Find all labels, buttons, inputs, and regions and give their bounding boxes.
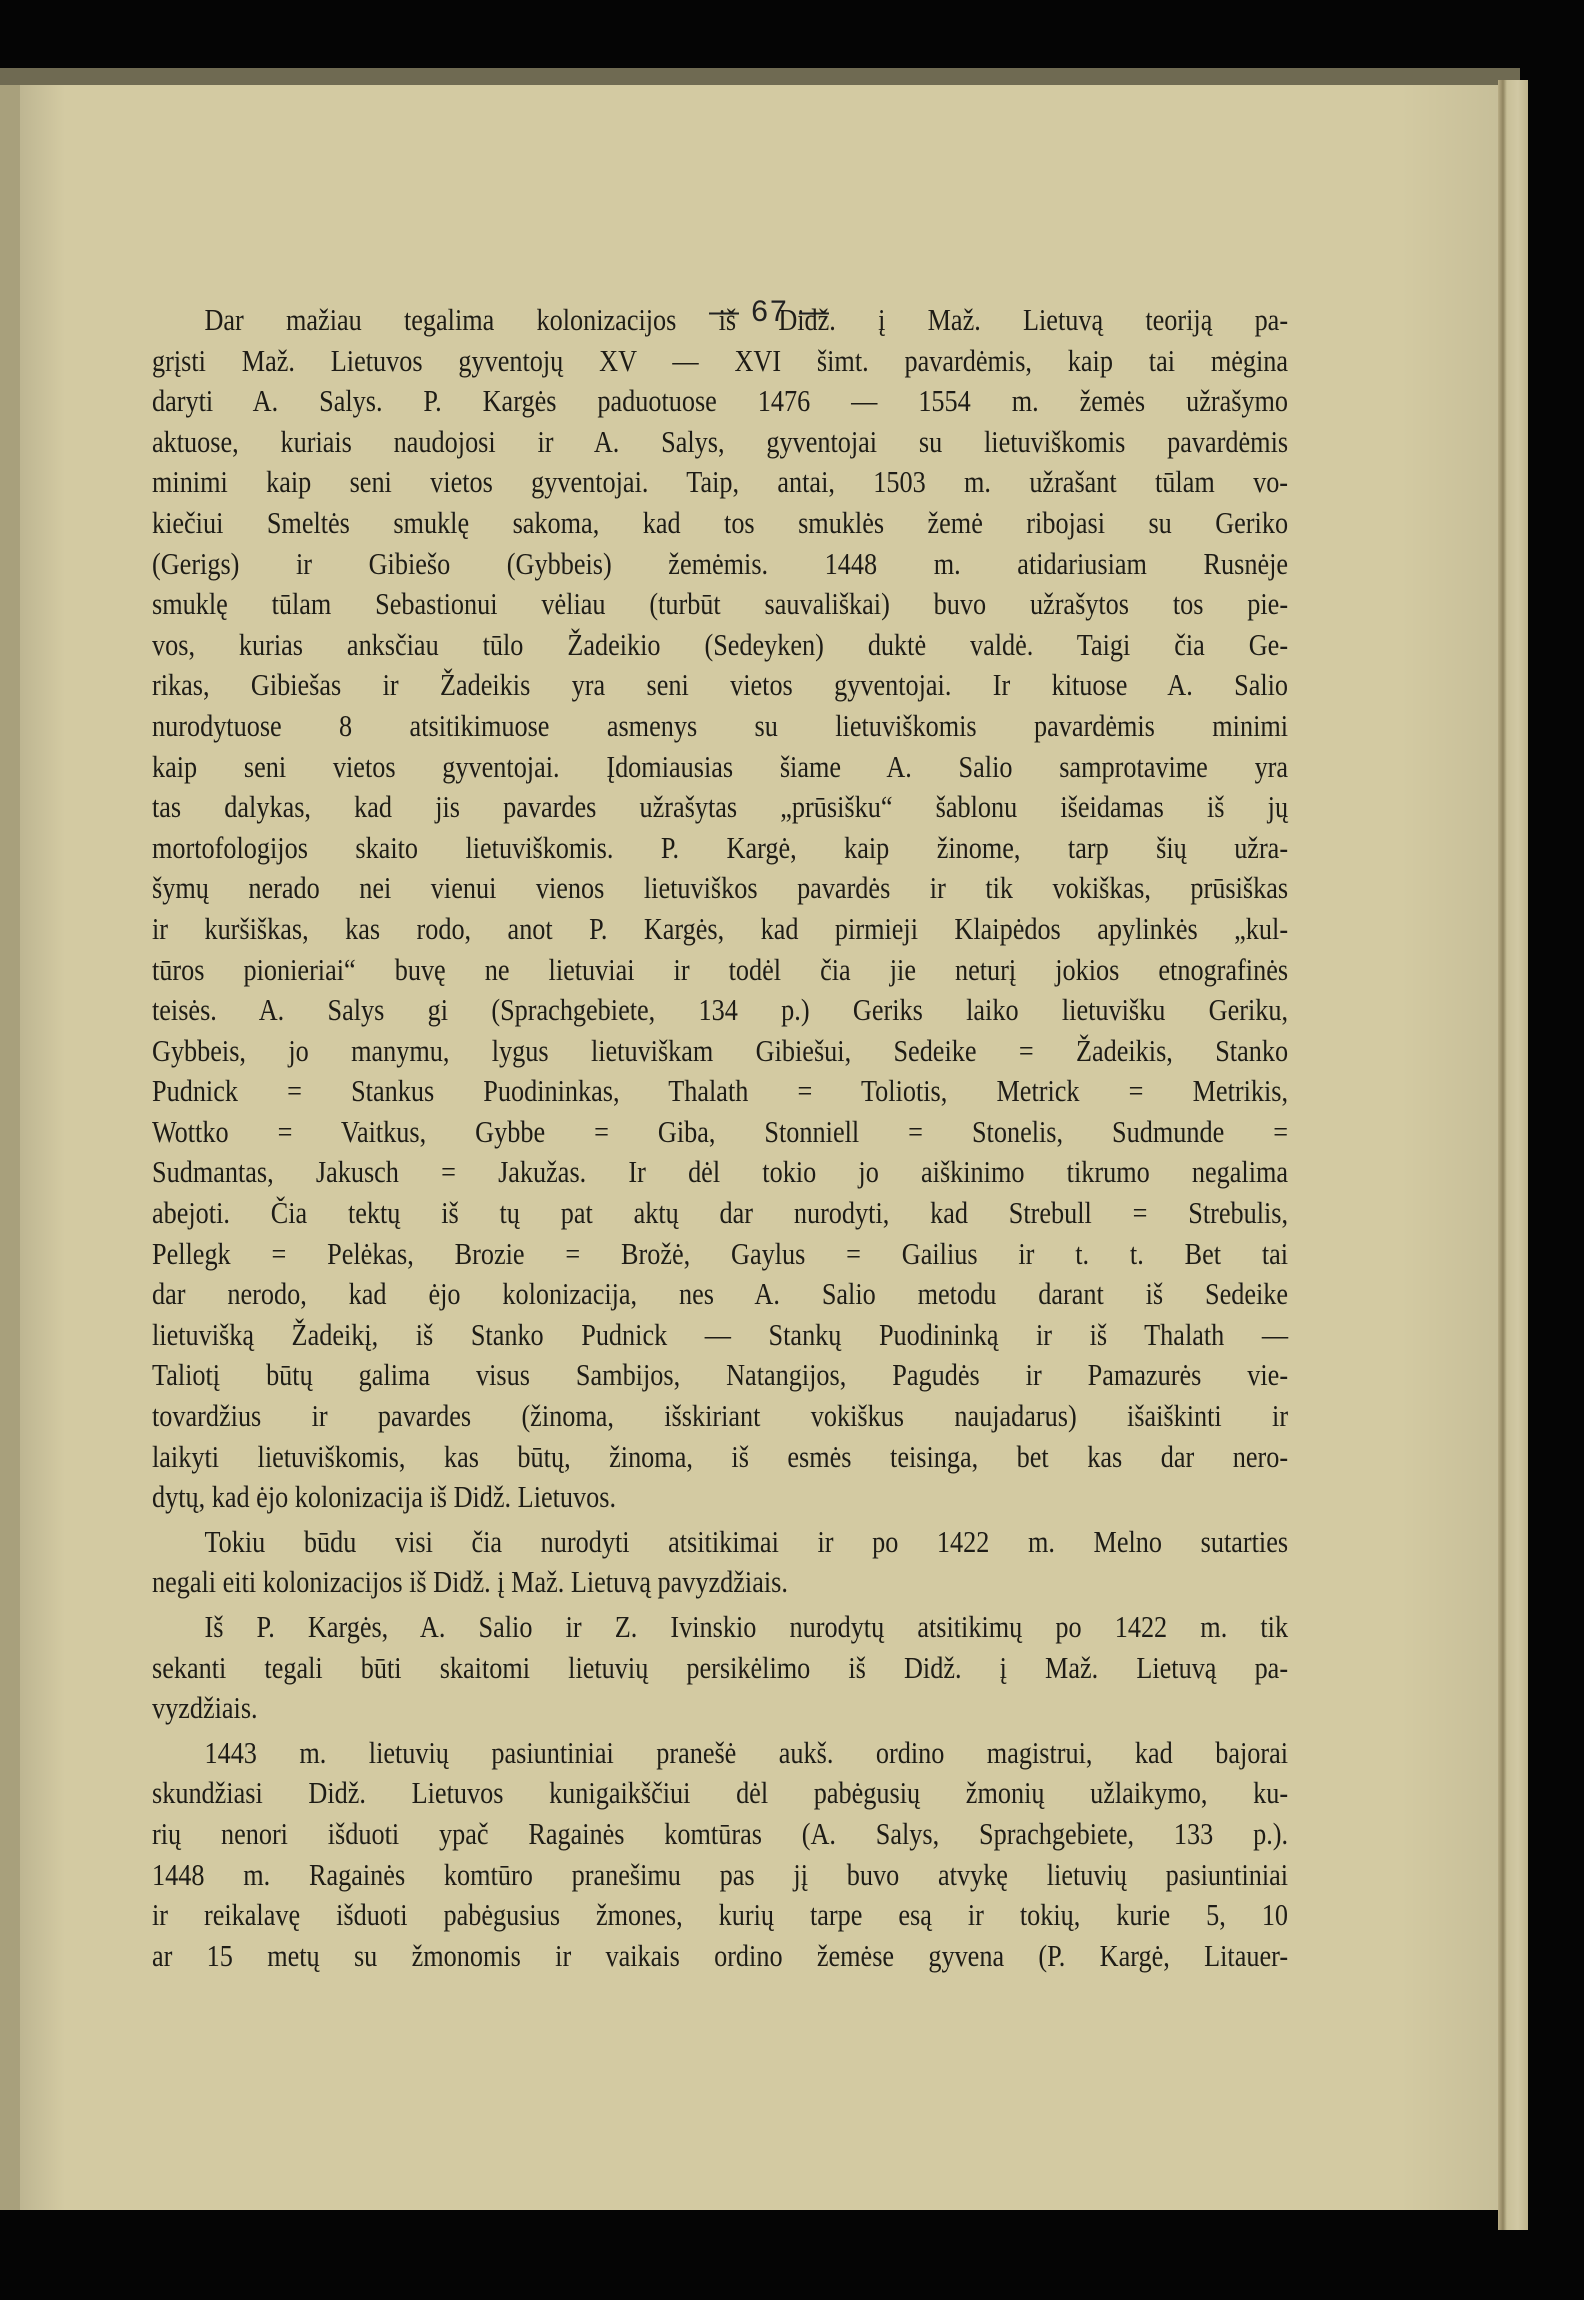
text-line: Dar mažiau tegalima kolonizacijos iš Did…: [152, 300, 1288, 341]
text-line: tūros pionieriai“ buvę ne lietuviai ir t…: [152, 950, 1288, 991]
book-spine-edge: [0, 85, 20, 2210]
text-line: tas dalykas, kad jis pavardes užrašytas …: [152, 787, 1288, 828]
text-line: 1448 m. Ragainės komtūro pranešimu pas j…: [152, 1855, 1288, 1896]
text-line: mortofologijos skaito lietuviškomis. P. …: [152, 828, 1288, 869]
text-line: grįsti Maž. Lietuvos gyventojų XV — XVI …: [152, 341, 1288, 382]
book-top-edge: [0, 68, 1520, 86]
text-line: ar 15 metų su žmonomis ir vaikais ordino…: [152, 1936, 1288, 1977]
paragraph: Dar mažiau tegalima kolonizacijos iš Did…: [152, 300, 1288, 1518]
text-line: teisės. A. Salys gi (Sprachgebiete, 134 …: [152, 990, 1288, 1031]
text-line: smuklę tūlam Sebastionui vėliau (turbūt …: [152, 584, 1288, 625]
book-fore-edge: [1498, 80, 1528, 2230]
paragraph: Iš P. Kargės, A. Salio ir Z. Ivinskio nu…: [152, 1607, 1288, 1729]
text-line: Tokiu būdu visi čia nurodyti atsitikimai…: [152, 1522, 1288, 1563]
text-line: lietuvišką Žadeikį, iš Stanko Pudnick — …: [152, 1315, 1288, 1356]
text-line: 1443 m. lietuvių pasiuntiniai pranešė au…: [152, 1733, 1288, 1774]
text-line: Wottko = Vaitkus, Gybbe = Giba, Stonniel…: [152, 1112, 1288, 1153]
text-line: minimi kaip seni vietos gyventojai. Taip…: [152, 462, 1288, 503]
text-line: skundžiasi Didž. Lietuvos kunigaikščiui …: [152, 1773, 1288, 1814]
text-line: sekanti tegali būti skaitomi lietuvių pe…: [152, 1648, 1288, 1689]
text-line: kaip seni vietos gyventojai. Įdomiausias…: [152, 747, 1288, 788]
text-line: rių nenori išduoti ypač Ragainės komtūra…: [152, 1814, 1288, 1855]
text-line: Pudnick = Stankus Puodininkas, Thalath =…: [152, 1071, 1288, 1112]
text-line: tovardžius ir pavardes (žinoma, išskiria…: [152, 1396, 1288, 1437]
paragraph: 1443 m. lietuvių pasiuntiniai pranešė au…: [152, 1733, 1288, 1977]
text-line: nurodytuose 8 atsitikimuose asmenys su l…: [152, 706, 1288, 747]
body-text: Dar mažiau tegalima kolonizacijos iš Did…: [152, 300, 1288, 1976]
text-line: šymų nerado nei vienui vienos lietuviško…: [152, 868, 1288, 909]
text-line: Taliotį būtų galima visus Sambijos, Nata…: [152, 1355, 1288, 1396]
text-line: rikas, Gibiešas ir Žadeikis yra seni vie…: [152, 665, 1288, 706]
text-line: Iš P. Kargės, A. Salio ir Z. Ivinskio nu…: [152, 1607, 1288, 1648]
text-line: ir kuršiškas, kas rodo, anot P. Kargės, …: [152, 909, 1288, 950]
text-line: Sudmantas, Jakusch = Jakužas. Ir dėl tok…: [152, 1152, 1288, 1193]
text-line: ir reikalavę išduoti pabėgusius žmones, …: [152, 1895, 1288, 1936]
text-line: dar nerodo, kad ėjo kolonizacija, nes A.…: [152, 1274, 1288, 1315]
text-line: aktuose, kuriais naudojosi ir A. Salys, …: [152, 422, 1288, 463]
text-line: Pellegk = Pelėkas, Brozie = Brožė, Gaylu…: [152, 1234, 1288, 1275]
text-line: negali eiti kolonizacijos iš Didž. į Maž…: [152, 1562, 1288, 1603]
text-line: (Gerigs) ir Gibiešo (Gybbeis) žemėmis. 1…: [152, 544, 1288, 585]
paragraph: Tokiu būdu visi čia nurodyti atsitikimai…: [152, 1522, 1288, 1603]
text-line: vos, kurias anksčiau tūlo Žadeikio (Sede…: [152, 625, 1288, 666]
text-line: dytų, kad ėjo kolonizacija iš Didž. Liet…: [152, 1477, 1288, 1518]
text-line: kiečiui Smeltės smuklę sakoma, kad tos s…: [152, 503, 1288, 544]
text-line: abejoti. Čia tektų iš tų pat aktų dar nu…: [152, 1193, 1288, 1234]
text-line: Gybbeis, jo manymu, lygus lietuviškam Gi…: [152, 1031, 1288, 1072]
text-line: laikyti lietuviškomis, kas būtų, žinoma,…: [152, 1437, 1288, 1478]
text-line: vyzdžiais.: [152, 1688, 1288, 1729]
text-line: daryti A. Salys. P. Kargės paduotuose 14…: [152, 381, 1288, 422]
